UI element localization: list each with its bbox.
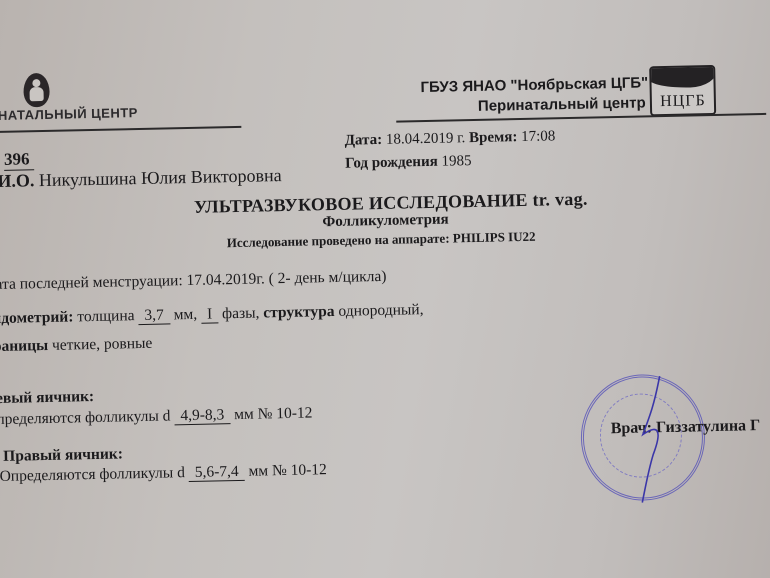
right-ovary-heading: Правый яичник: xyxy=(3,445,123,466)
time-label: Время: xyxy=(469,129,518,146)
date-value: 18.04.2019 г. xyxy=(386,130,466,148)
header-divider-left xyxy=(0,126,241,133)
borders-value: четкие, ровные xyxy=(52,335,153,354)
birth-label: Год рождения xyxy=(345,154,438,172)
birth-value: 1985 xyxy=(441,153,471,170)
lmp-value: 17.04.2019г. ( xyxy=(186,270,274,289)
report-subtitle: Фолликулометрия xyxy=(322,212,449,232)
left-ovary-count: мм № 10-12 xyxy=(234,404,313,423)
left-ovary-text: пределяются фолликулы d xyxy=(0,407,171,428)
thickness-unit: мм, xyxy=(173,306,197,323)
device-value: PHILIPS IU22 xyxy=(453,229,536,246)
date-time-line: Дата: 18.04.2019 г. Время: 17:08 xyxy=(344,128,555,149)
structure-label: структура xyxy=(263,303,335,321)
right-ovary-count: мм № 10-12 xyxy=(248,461,327,480)
endometrium-line: ндометрий: толщина 3,7 мм, I фазы, струк… xyxy=(0,301,424,328)
card-number: 396 xyxy=(4,149,34,171)
structure-value: однородный, xyxy=(338,301,423,320)
left-ovary-heading: евый яичник: xyxy=(0,388,94,408)
fio-label: И.О. xyxy=(0,170,35,191)
patient-name: Никульшина Юлия Викторовна xyxy=(39,165,282,190)
birth-year-line: Год рождения 1985 xyxy=(345,153,472,173)
phase-value: I xyxy=(201,306,219,324)
logo-text: НЦГБ xyxy=(652,92,714,111)
device-label: Исследование проведено на аппарате: xyxy=(227,231,450,251)
left-ovary-line: пределяются фолликулы d 4,9-8,3 мм № 10-… xyxy=(0,404,313,429)
borders-label: раницы xyxy=(0,337,48,355)
organization-name: ГБУЗ ЯНАО "Ноябрьская ЦГБ" xyxy=(420,74,648,96)
header-divider-right xyxy=(396,113,766,122)
thickness-label: толщина xyxy=(77,307,135,325)
device-line: Исследование проведено на аппарате: PHIL… xyxy=(227,229,536,251)
ncgb-logo-icon: НЦГБ xyxy=(649,65,716,116)
logo-wave-shape xyxy=(649,65,716,88)
endometrium-label: ндометрий: xyxy=(0,308,74,327)
ultrasound-report: ИНАТАЛЬНЫЙ ЦЕНТР ГБУЗ ЯНАО "Ноябрьская Ц… xyxy=(0,0,770,578)
left-header-title: ИНАТАЛЬНЫЙ ЦЕНТР xyxy=(0,105,138,123)
lmp-cycle-day: 2- день м/цикла) xyxy=(278,268,387,287)
date-label: Дата: xyxy=(344,132,382,149)
patient-name-line: И.О. Никульшина Юлия Викторовна xyxy=(0,165,282,192)
perinatal-center-logo-icon xyxy=(23,73,50,108)
right-ovary-size: 5,6-7,4 xyxy=(189,464,245,482)
organization-subtitle: Перинатальный центр xyxy=(478,94,646,115)
lmp-label: ата последней менструации: xyxy=(0,272,183,293)
last-menstruation-line: ата последней менструации: 17.04.2019г. … xyxy=(0,268,387,294)
signature-icon xyxy=(632,373,695,504)
thickness-value: 3,7 xyxy=(138,307,170,325)
right-ovary-text: Определяются фолликулы d xyxy=(0,464,185,485)
time-value: 17:08 xyxy=(521,128,555,145)
phase-label: фазы, xyxy=(222,305,260,323)
borders-line: раницы четкие, ровные xyxy=(0,335,153,356)
left-ovary-size: 4,9-8,3 xyxy=(174,407,230,425)
